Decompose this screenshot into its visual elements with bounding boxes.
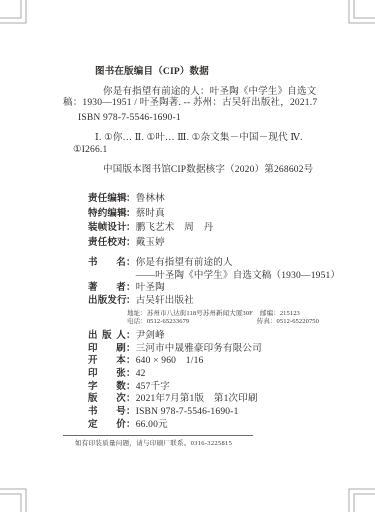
row-label: 装帧设计 [88, 221, 126, 236]
colon: ： [126, 382, 136, 392]
colon: ： [126, 369, 136, 379]
cip-header: 图书在版编目（CIP）数据 [63, 66, 319, 78]
staff-row-special-editor: 特约编辑：蔡时真 [63, 207, 319, 222]
row-label: 责任编辑 [88, 192, 126, 207]
crop-mark-top-left [0, 0, 30, 30]
colon: ： [126, 331, 136, 341]
postcode-label: 邮编： [260, 310, 280, 317]
row-value: 蔡时真 [136, 209, 165, 219]
crop-mark-bottom-left [0, 482, 30, 512]
phone-line: 电话：0512-65233679 传真：0512-65220750 [127, 318, 319, 327]
postcode-value: 215123 [280, 310, 300, 317]
row-label: 书名 [88, 257, 126, 270]
row-label: 印刷 [88, 343, 126, 356]
phone-value: 0512-65233679 [147, 318, 189, 325]
publisher-contact-block: 地址：苏州市八达街118号苏州新闻大厦30F 邮编：215123 电话：0512… [63, 310, 319, 327]
colon: ： [126, 394, 136, 404]
footer-block: 如有印装质量问题，请与印刷厂联系。0316-3225815 [63, 435, 319, 448]
pub-row-publisher: 出版发行：古吴轩出版社 [63, 295, 319, 308]
colon: ： [126, 283, 136, 293]
row-value: 戴玉婷 [136, 238, 165, 248]
row-label: 开本 [88, 355, 126, 368]
colon: ： [126, 258, 136, 268]
row-value: 2021年7月第1版 第1次印刷 [136, 394, 258, 404]
row-value: 鹏飞艺术 周 丹 [136, 223, 214, 233]
row-value: 457千字 [136, 382, 170, 392]
row-value: 42 [136, 369, 146, 379]
pub-row-author: 著者：叶圣陶 [63, 282, 319, 295]
colon: ： [126, 420, 136, 430]
row-label: 出版发行 [88, 295, 126, 308]
author-name: 叶圣陶 [136, 283, 165, 293]
row-value: 640 × 960 1/16 [136, 356, 204, 366]
crop-mark-bottom-right [345, 482, 375, 512]
pub-row-edition: 版次：2021年7月第1版 第1次印刷 [63, 393, 319, 406]
row-label: 责任校对 [88, 236, 126, 251]
pub-row-format: 开本：640 × 960 1/16 [63, 355, 319, 368]
publisher-name: 古吴轩出版社 [136, 296, 194, 306]
copyright-page: 图书在版编目（CIP）数据 你是有指望有前途的人：叶圣陶《中学生》自选文稿：19… [0, 0, 375, 512]
row-label: 著者 [88, 282, 126, 295]
colon: ： [126, 223, 136, 233]
cip-description: 你是有指望有前途的人：叶圣陶《中学生》自选文稿：1930—1951 / 叶圣陶著… [63, 87, 319, 109]
cip-classification: Ⅰ. ①你… Ⅱ. ①叶… Ⅲ. ①杂文集－中国－现代 Ⅳ. ①I266.1 [63, 132, 319, 156]
pub-row-word-count: 字数：457千字 [63, 381, 319, 394]
page-content: 图书在版编目（CIP）数据 你是有指望有前途的人：叶圣陶《中学生》自选文稿：19… [63, 66, 319, 448]
row-label: 出版人 [88, 330, 126, 343]
print-quality-note: 如有印装质量问题，请与印刷厂联系。0316-3225815 [63, 439, 319, 448]
colon: ： [126, 238, 136, 248]
pub-row-title: 书名：你是有指望有前途的人——叶圣陶《中学生》自选文稿（1930—1951） [63, 257, 319, 282]
divider-rule [63, 435, 253, 436]
staff-row-designer: 装帧设计：鹏飞艺术 周 丹 [63, 221, 319, 236]
row-label: 印张 [88, 368, 126, 381]
cip-isbn: ISBN 978-7-5546-1690-1 [63, 113, 319, 124]
pub-row-printer: 印刷：三河市中晟雅豪印务有限公司 [63, 343, 319, 356]
pub-row-publisher-person: 出版人：尹剑峰 [63, 330, 319, 343]
row-value: 尹剑峰 [136, 331, 165, 341]
book-title: 你是有指望有前途的人 [136, 258, 233, 268]
publication-block: 书名：你是有指望有前途的人——叶圣陶《中学生》自选文稿（1930—1951） 著… [63, 257, 319, 431]
staff-block: 责任编辑：鲁林林 特约编辑：蔡时真 装帧设计：鹏飞艺术 周 丹 责任校对：戴玉婷 [63, 192, 319, 250]
row-label: 特约编辑 [88, 207, 126, 222]
pub-row-sheets: 印张：42 [63, 368, 319, 381]
phone-label: 电话： [127, 318, 147, 325]
colon: ： [126, 407, 136, 417]
address-label: 地址： [127, 310, 147, 317]
pub-row-isbn: 书号：ISBN 978-7-5546-1690-1 [63, 406, 319, 419]
row-label: 书号 [88, 406, 126, 419]
pub-row-price: 定价：66.00元 [63, 419, 319, 432]
row-label: 字数 [88, 381, 126, 394]
staff-row-editor: 责任编辑：鲁林林 [63, 192, 319, 207]
staff-row-proofreader: 责任校对：戴玉婷 [63, 236, 319, 251]
address-value: 苏州市八达街118号苏州新闻大厦30F [147, 310, 253, 317]
row-label: 定价 [88, 419, 126, 432]
row-value: 66.00元 [136, 420, 168, 430]
cip-record-number: 中国版本图书馆CIP数据核字（2020）第268602号 [63, 165, 319, 176]
colon: ： [126, 356, 136, 366]
row-value: 三河市中晟雅豪印务有限公司 [136, 344, 262, 354]
fax-value: 0512-65220750 [277, 318, 319, 325]
fax-label: 传真： [257, 318, 277, 325]
row-value: 鲁林林 [136, 194, 165, 204]
row-value: ISBN 978-7-5546-1690-1 [136, 407, 239, 417]
colon: ： [126, 209, 136, 219]
row-label: 版次 [88, 393, 126, 406]
colon: ： [126, 344, 136, 354]
book-subtitle: ——叶圣陶《中学生》自选文稿（1930—1951） [136, 271, 341, 281]
crop-mark-top-right [345, 0, 375, 30]
colon: ： [126, 194, 136, 204]
colon: ： [126, 296, 136, 306]
